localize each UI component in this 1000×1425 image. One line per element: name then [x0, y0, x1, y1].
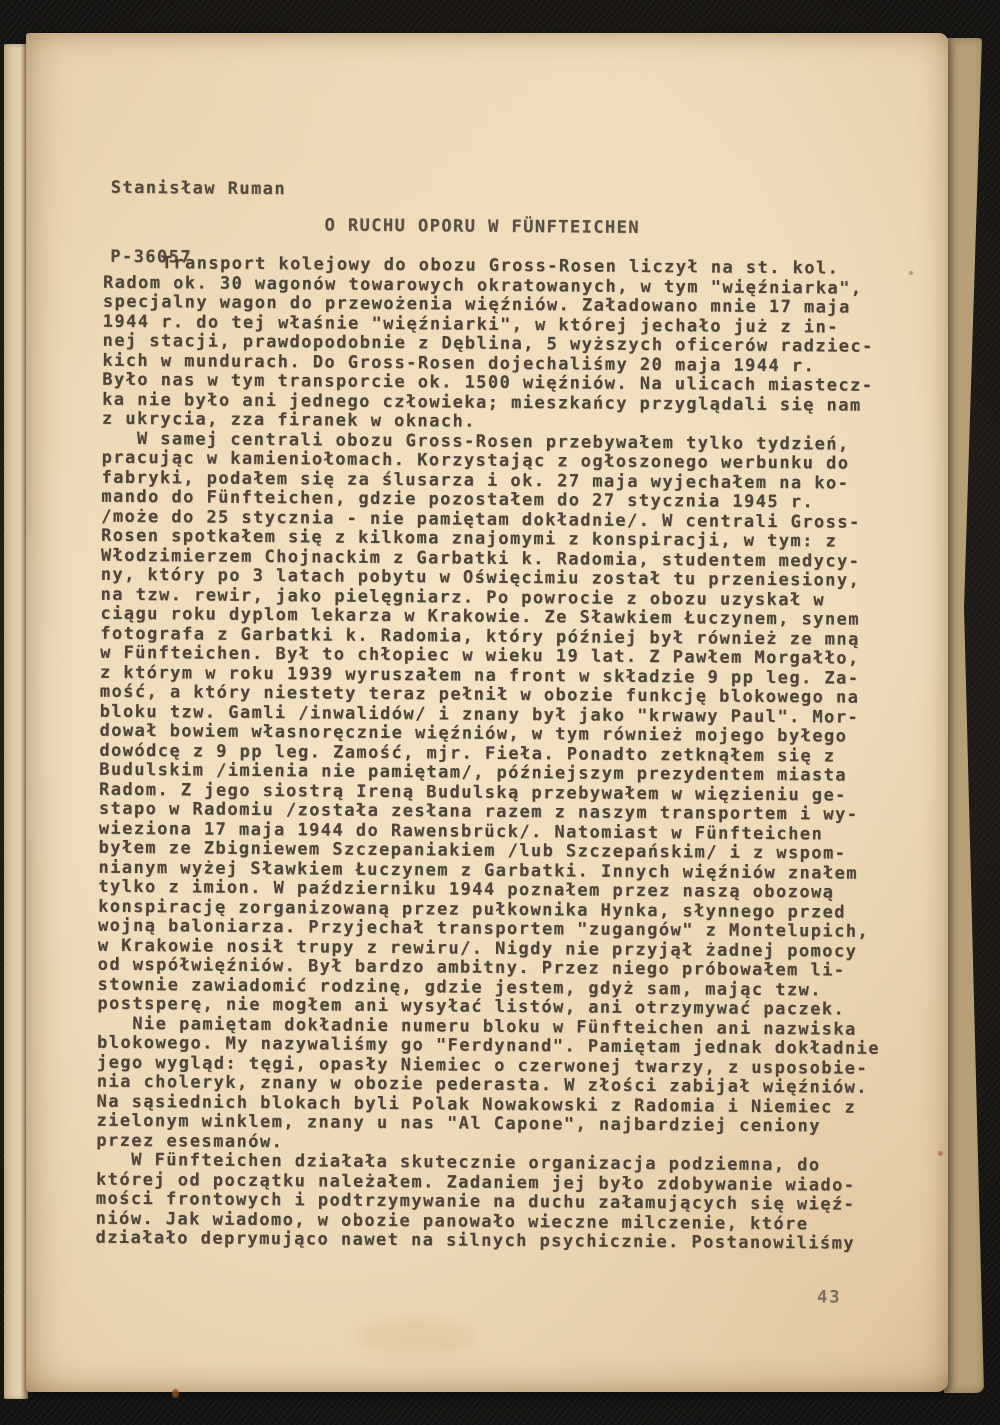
page-content: Stanisław Ruman P-36057 O RUCHU OPORU W … — [15, 30, 948, 1396]
paper-speck — [909, 271, 913, 275]
page-number: 43 — [817, 1288, 842, 1308]
document-title: O RUCHU OPORU W FÜNFTEICHEN — [324, 216, 640, 238]
page-stack-edge — [944, 38, 984, 1393]
paragraph-1: Transport kolejowy do obozu Gross-Rosen … — [102, 254, 886, 436]
paragraph-2: W samej centrali obozu Gross-Rosen przeb… — [97, 429, 884, 1020]
document-page: Stanisław Ruman P-36057 O RUCHU OPORU W … — [26, 33, 948, 1392]
book-photo-background: Stanisław Ruman P-36057 O RUCHU OPORU W … — [0, 0, 1000, 1425]
document-body: Transport kolejowy do obozu Gross-Rosen … — [95, 254, 886, 1255]
paragraph-4: W Fünfteichen działała skutecznie organi… — [95, 1151, 879, 1255]
paper-speck — [938, 1151, 943, 1156]
author-name: Stanisław Ruman — [111, 177, 286, 201]
paper-stain — [356, 1319, 476, 1355]
paper-speck — [172, 1389, 179, 1398]
paragraph-3: Nie pamiętam dokładnie numeru bloku w Fü… — [96, 1014, 880, 1157]
